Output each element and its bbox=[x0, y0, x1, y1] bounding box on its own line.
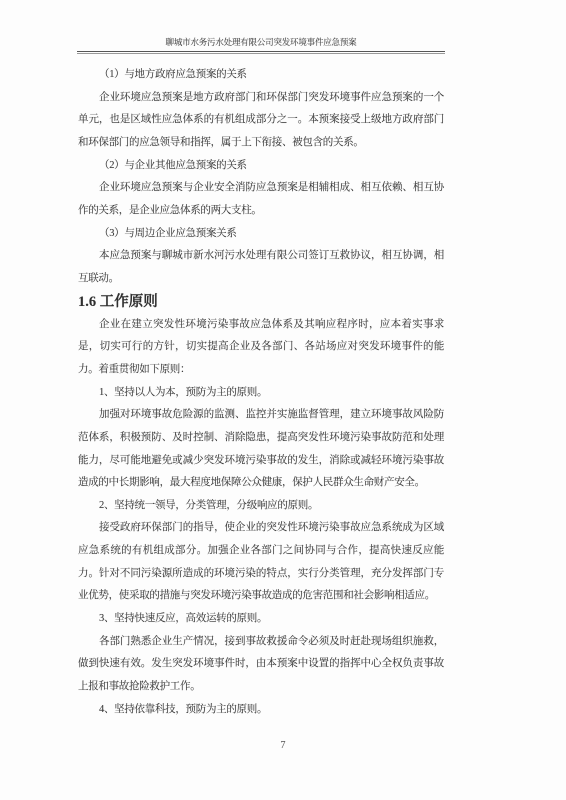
sub-heading: （1）与地方政府应急预案的关系 bbox=[78, 64, 444, 87]
sub-heading: 1、坚持以人为本，预防为主的原则。 bbox=[78, 382, 444, 405]
page-number: 7 bbox=[0, 740, 566, 751]
header-title: 聊城市水务污水处理有限公司突发环境事件应急预案 bbox=[78, 36, 444, 48]
section-heading: 1.6 工作原则 bbox=[78, 291, 444, 314]
sub-heading: 4、坚持依靠科技，预防为主的原则。 bbox=[78, 699, 444, 722]
paragraph: 各部门熟悉企业生产情况，接到事故救援命令必须及时赶赴现场组织施救，做到快速有效。… bbox=[78, 631, 444, 699]
sub-heading: 3、坚持快速反应，高效运转的原则。 bbox=[78, 608, 444, 631]
sub-heading: （3）与周边企业应急预案关系 bbox=[78, 223, 444, 246]
paragraph: 本应急预案与聊城市新水河污水处理有限公司签订互救协议，相互协调，相互联动。 bbox=[78, 245, 444, 290]
paragraph: 企业环境应急预案与企业安全消防应急预案是相辅相成、相互依赖、相互协作的关系，是企… bbox=[78, 177, 444, 222]
sub-heading: （2）与企业其他应急预案的关系 bbox=[78, 155, 444, 178]
document-page: 聊城市水务污水处理有限公司突发环境事件应急预案 （1）与地方政府应急预案的关系企… bbox=[0, 0, 566, 800]
document-body: （1）与地方政府应急预案的关系企业环境应急预案是地方政府部门和环保部门突发环境事… bbox=[78, 64, 444, 721]
paragraph: 企业在建立突发性环境污染事故应急体系及其响应程序时，应本着实事求是，切实可行的方… bbox=[78, 314, 444, 382]
sub-heading: 2、坚持统一领导，分类管理，分级响应的原则。 bbox=[78, 495, 444, 518]
paragraph: 加强对环境事故危险源的监测、监控并实施监督管理，建立环境事故风险防范体系，积极预… bbox=[78, 404, 444, 495]
header-rule bbox=[77, 51, 445, 54]
paragraph: 接受政府环保部门的指导，使企业的突发性环境污染事故应急系统成为区域应急系统的有机… bbox=[78, 517, 444, 608]
paragraph: 企业环境应急预案是地方政府部门和环保部门突发环境事件应急预案的一个单元，也是区域… bbox=[78, 87, 444, 155]
